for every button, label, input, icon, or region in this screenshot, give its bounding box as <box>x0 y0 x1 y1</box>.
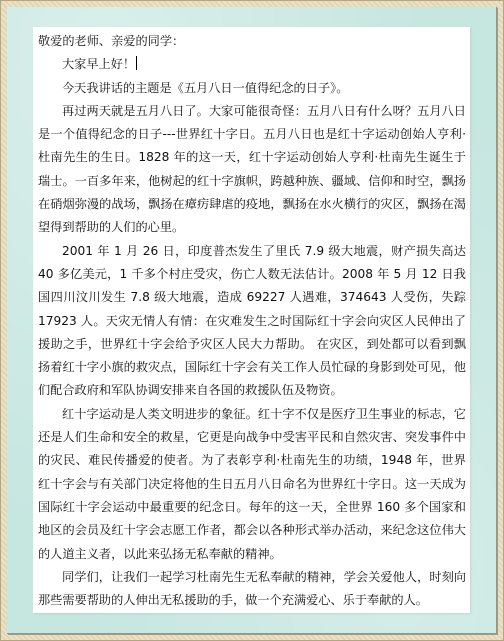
paragraph-red-cross-movement: 红十字运动是人类文明进步的象征。红十字不仅是医疗卫生事业的标志，它还是人们生命和… <box>38 403 466 566</box>
greeting: 大家早上好！ <box>62 57 135 71</box>
text-cursor <box>136 56 137 70</box>
speech-text[interactable]: 敬爱的老师、亲爱的同学： 大家早上好！ 今天我讲话的主题是《五月八日一值得纪念的… <box>38 30 466 612</box>
topic-line: 今天我讲话的主题是《五月八日一值得纪念的日子》。 <box>38 77 466 100</box>
paragraph-closing: 同学们，让我们一起学习杜南先生无私奉献的精神，学会关爱他人，时刻向那些需要帮助的… <box>38 566 466 613</box>
paragraph-may-eighth: 再过两天就是五月八日了。大家可能很奇怪：五月八日有什么呀？五月八日是一个值得纪念… <box>38 100 466 240</box>
paragraph-earthquakes: 2001 年 1 月 26 日，印度普杰发生了里氏 7.9 级大地震，财产损失高… <box>38 240 466 403</box>
salutation: 敬爱的老师、亲爱的同学： <box>38 30 466 53</box>
greeting-line: 大家早上好！ <box>38 53 466 76</box>
document-page[interactable]: 敬爱的老师、亲爱的同学： 大家早上好！ 今天我讲话的主题是《五月八日一值得纪念的… <box>33 27 470 613</box>
